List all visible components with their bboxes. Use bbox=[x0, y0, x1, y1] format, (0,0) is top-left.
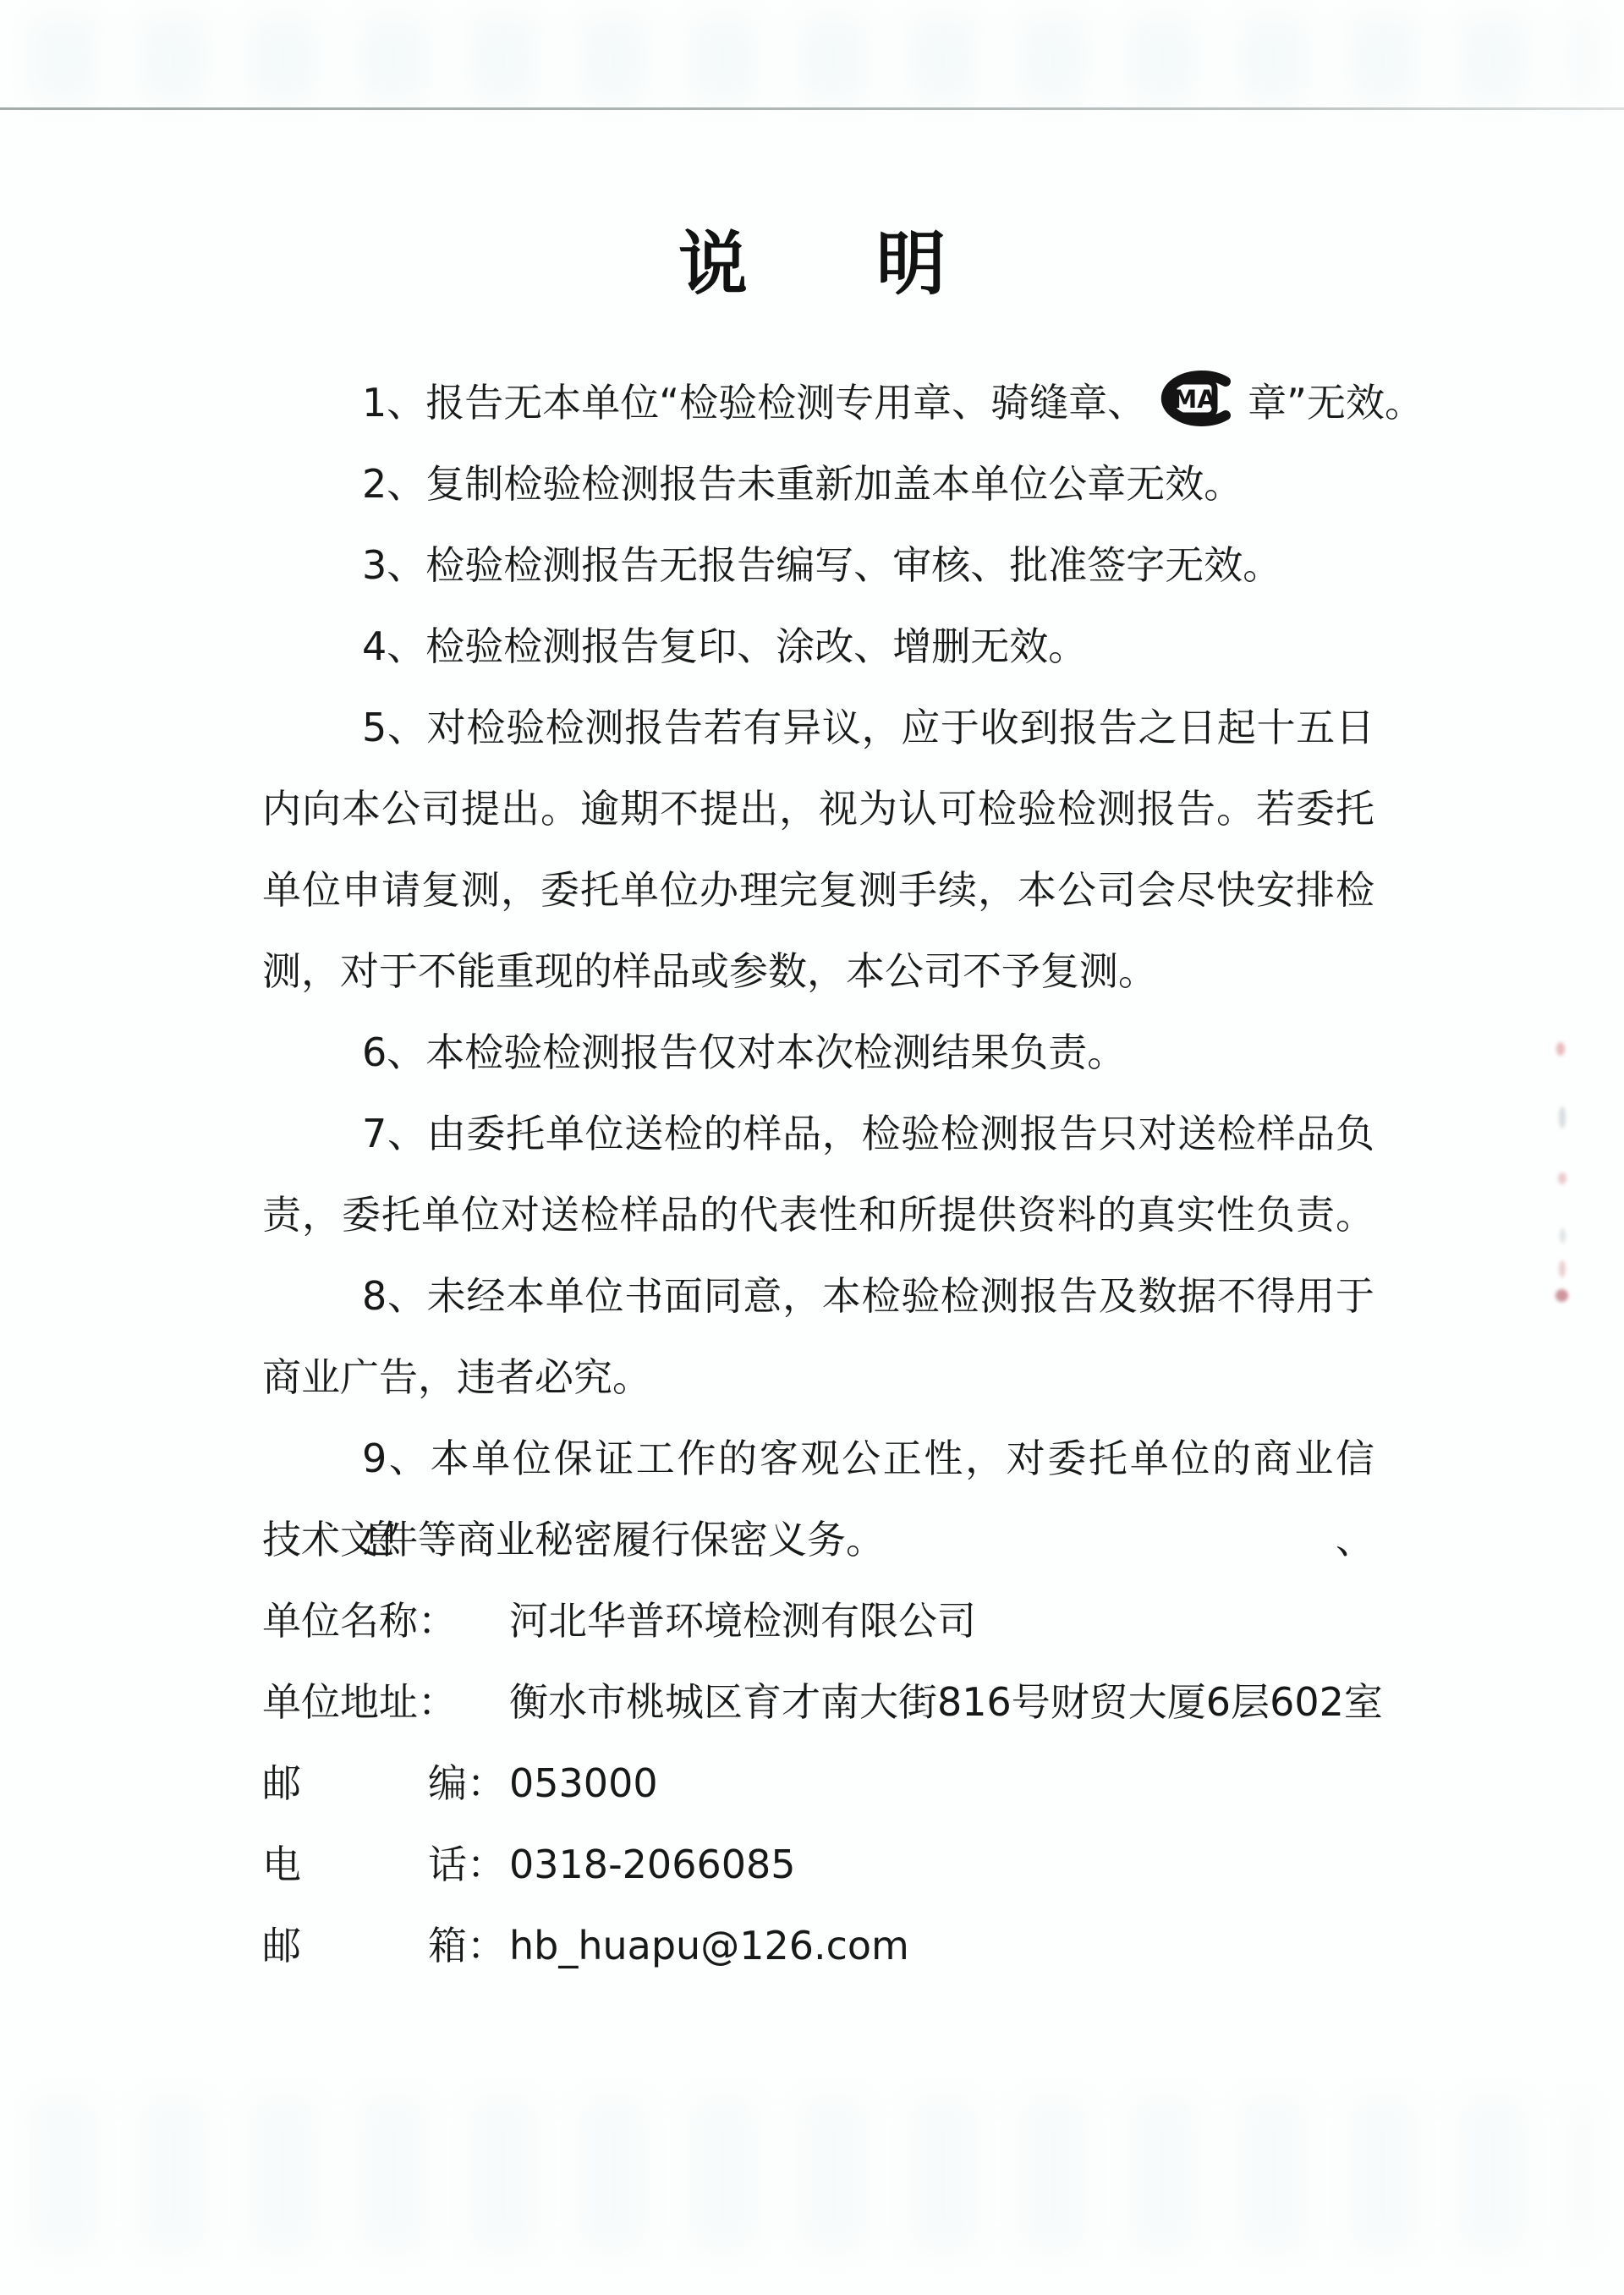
phone-label-right: 话： bbox=[428, 1824, 506, 1905]
email-value: hb_huapu@126.com bbox=[506, 1923, 909, 1968]
bleed-through-ghost-bottom bbox=[34, 2098, 1590, 2250]
postal-code-label: 邮编： bbox=[262, 1743, 506, 1824]
note-line-1-post: 章”无效。 bbox=[1248, 380, 1424, 426]
notes-section: 1、报告无本单位“检验检测专用章、骑缝章、 MA 章”无效。 2、复制检验检测报… bbox=[262, 362, 1374, 1986]
bleed-through-ghost-top bbox=[34, 19, 1590, 99]
postal-code-label-left: 邮 bbox=[262, 1743, 301, 1824]
email-label-left: 邮 bbox=[262, 1905, 301, 1986]
email-row: 邮箱：hb_huapu@126.com bbox=[262, 1905, 1374, 1986]
phone-label-left: 电 bbox=[262, 1824, 301, 1905]
note-line-2: 2、复制检验检测报告未重新加盖本单位公章无效。 bbox=[262, 443, 1374, 524]
stain-mark bbox=[1560, 1228, 1566, 1244]
note-line-8: 测，对于不能重现的样品或参数，本公司不予复测。 bbox=[262, 931, 1374, 1012]
company-address-value: 衡水市桃城区育才南大街816号财贸大厦6层602室 bbox=[506, 1679, 1383, 1725]
email-label-right: 箱： bbox=[428, 1905, 506, 1986]
note-line-5: 5、对检验检测报告若有异议，应于收到报告之日起十五日 bbox=[262, 687, 1374, 768]
svg-text:MA: MA bbox=[1172, 385, 1216, 414]
note-line-10: 7、由委托单位送检的样品，检验检测报告只对送检样品负 bbox=[262, 1093, 1374, 1174]
scanned-document-page: 说明 1、报告无本单位“检验检测专用章、骑缝章、 MA 章”无效。 2、复制检验… bbox=[0, 0, 1624, 2295]
postal-code-label-right: 编： bbox=[428, 1743, 506, 1824]
phone-label: 电话： bbox=[262, 1824, 506, 1905]
note-line-1-pre: 1、报告无本单位“检验检测专用章、骑缝章、 bbox=[362, 380, 1146, 426]
postal-code-row: 邮编：053000 bbox=[262, 1743, 1374, 1824]
note-line-12: 8、未经本单位书面同意，本检验检测报告及数据不得用于 bbox=[262, 1255, 1374, 1337]
stain-mark bbox=[1556, 1042, 1565, 1056]
note-line-9: 6、本检验检测报告仅对本次检测结果负责。 bbox=[262, 1012, 1374, 1093]
stain-mark bbox=[1559, 1260, 1566, 1277]
stain-mark bbox=[1559, 1106, 1566, 1128]
note-line-7: 单位申请复测，委托单位办理完复测手续，本公司会尽快安排检 bbox=[262, 849, 1374, 931]
phone-row: 电话：0318-2066085 bbox=[262, 1824, 1374, 1905]
note-line-13: 商业广告，违者必究。 bbox=[262, 1337, 1374, 1418]
postal-code-value: 053000 bbox=[506, 1760, 658, 1806]
document-title: 说明 bbox=[0, 218, 1624, 311]
company-name-value: 河北华普环境检测有限公司 bbox=[506, 1598, 976, 1644]
company-name-row: 单位名称：河北华普环境检测有限公司 bbox=[262, 1580, 1374, 1661]
note-line-1: 1、报告无本单位“检验检测专用章、骑缝章、 MA 章”无效。 bbox=[262, 362, 1374, 443]
phone-value: 0318-2066085 bbox=[506, 1842, 796, 1887]
note-line-4: 4、检验检测报告复印、涂改、增删无效。 bbox=[262, 606, 1374, 687]
email-label: 邮箱： bbox=[262, 1905, 506, 1986]
separator-line bbox=[0, 107, 1624, 110]
stain-mark bbox=[1558, 1172, 1566, 1184]
note-line-11: 责，委托单位对送检样品的代表性和所提供资料的真实性负责。 bbox=[262, 1174, 1374, 1255]
cma-certification-mark-icon: MA bbox=[1153, 371, 1241, 425]
title-char-1: 说 bbox=[678, 224, 748, 305]
title-char-2: 明 bbox=[876, 224, 946, 305]
note-line-14: 9、本单位保证工作的客观公正性，对委托单位的商业信息、 bbox=[262, 1418, 1374, 1499]
company-address-label: 单位地址： bbox=[262, 1661, 506, 1743]
company-name-label: 单位名称： bbox=[262, 1580, 506, 1661]
note-line-6: 内向本公司提出。逾期不提出，视为认可检验检测报告。若委托 bbox=[262, 768, 1374, 849]
company-address-label-left: 单位地址： bbox=[262, 1661, 457, 1743]
note-line-3: 3、检验检测报告无报告编写、审核、批准签字无效。 bbox=[262, 524, 1374, 606]
company-name-label-left: 单位名称： bbox=[262, 1580, 457, 1661]
stain-mark bbox=[1555, 1289, 1568, 1302]
company-address-row: 单位地址：衡水市桃城区育才南大街816号财贸大厦6层602室 bbox=[262, 1661, 1374, 1743]
